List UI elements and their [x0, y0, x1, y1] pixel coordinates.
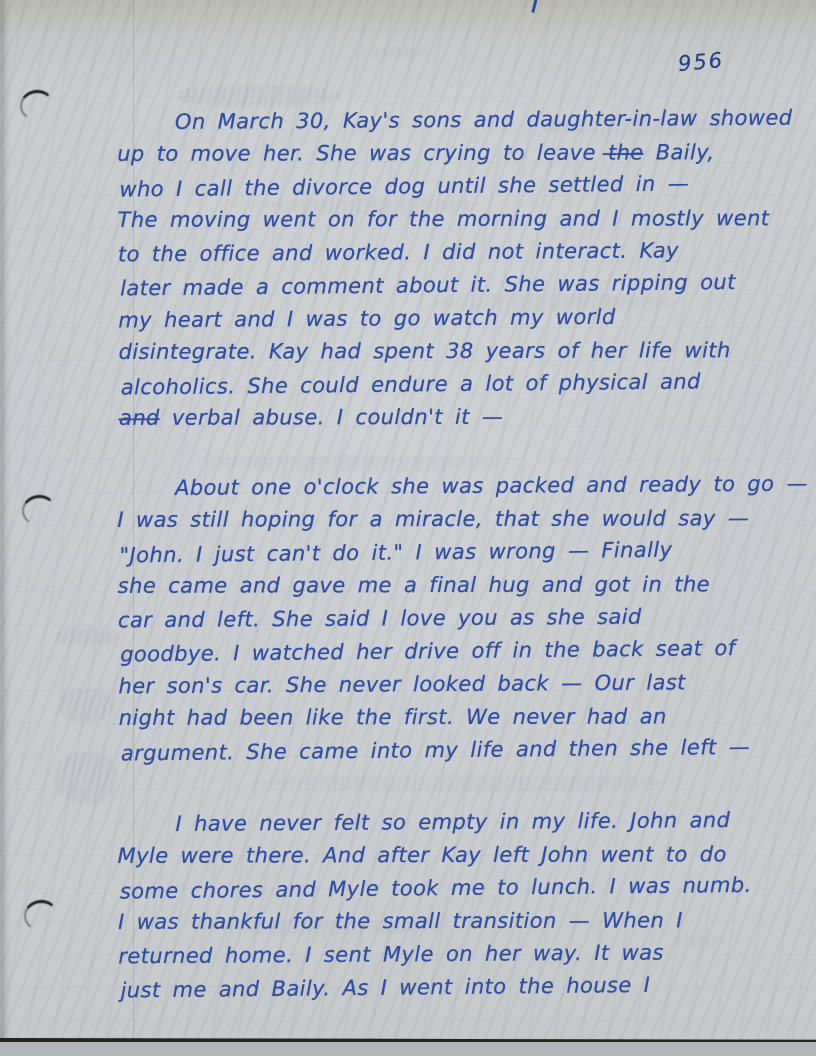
- handwritten-line: some chores and Myle took me to lunch. I…: [120, 868, 788, 908]
- handwritten-line: up to move her. She was crying to leave …: [117, 136, 785, 171]
- paragraph-2: About one o'clock she was packed and rea…: [117, 468, 787, 770]
- handwritten-line: On March 30, Kay's sons and daughter-in-…: [117, 102, 785, 140]
- handwritten-line: About one o'clock she was packed and rea…: [117, 468, 785, 506]
- handwritten-line: she came and gave me a final hug and got…: [118, 568, 786, 603]
- handwritten-line: alcoholics. She could endure a lot of ph…: [121, 364, 789, 404]
- handwritten-line: her son's car. She never looked back — O…: [118, 666, 786, 704]
- page-number: 956: [677, 48, 725, 76]
- handwritten-line: I was thankful for the small transition …: [118, 904, 786, 939]
- scanned-journal-page: 956 On March 30, Kay's sons and daughter…: [0, 0, 816, 1056]
- handwritten-line: who I call the divorce dog until she set…: [119, 166, 787, 206]
- handwritten-line: I was still hoping for a miracle, that s…: [117, 502, 785, 537]
- handwritten-line: later made a comment about it. She was r…: [120, 265, 788, 305]
- handwritten-line: The moving went on for the morning and I…: [118, 202, 786, 237]
- handwritten-line: argument. She came into my life and then…: [121, 730, 789, 770]
- handwritten-line: "John. I just can't do it." I was wrong …: [119, 532, 787, 572]
- handwritten-line: my heart and I was to go watch my world: [118, 300, 786, 338]
- paragraph-1: On March 30, Kay's sons and daughter-in-…: [117, 102, 787, 437]
- handwritten-line: a̶n̶d̶ verbal abuse. I couldn't it —: [119, 400, 787, 435]
- handwritten-line: just me and Baily. As I went into the ho…: [120, 967, 788, 1007]
- handwritten-line: Myle were there. And after Kay left John…: [118, 838, 786, 873]
- handwritten-line: goodbye. I watched her drive off in the …: [120, 631, 788, 671]
- handwritten-line: I have never felt so empty in my life. J…: [117, 804, 785, 842]
- handwritten-line: disintegrate. Kay had spent 38 years of …: [119, 334, 787, 369]
- scanner-background: [0, 1042, 816, 1056]
- handwritten-line: night had been like the first. We never …: [119, 700, 787, 735]
- scan-edge-shadow: [0, 0, 10, 1041]
- paragraph-3: I have never felt so empty in my life. J…: [117, 804, 786, 1007]
